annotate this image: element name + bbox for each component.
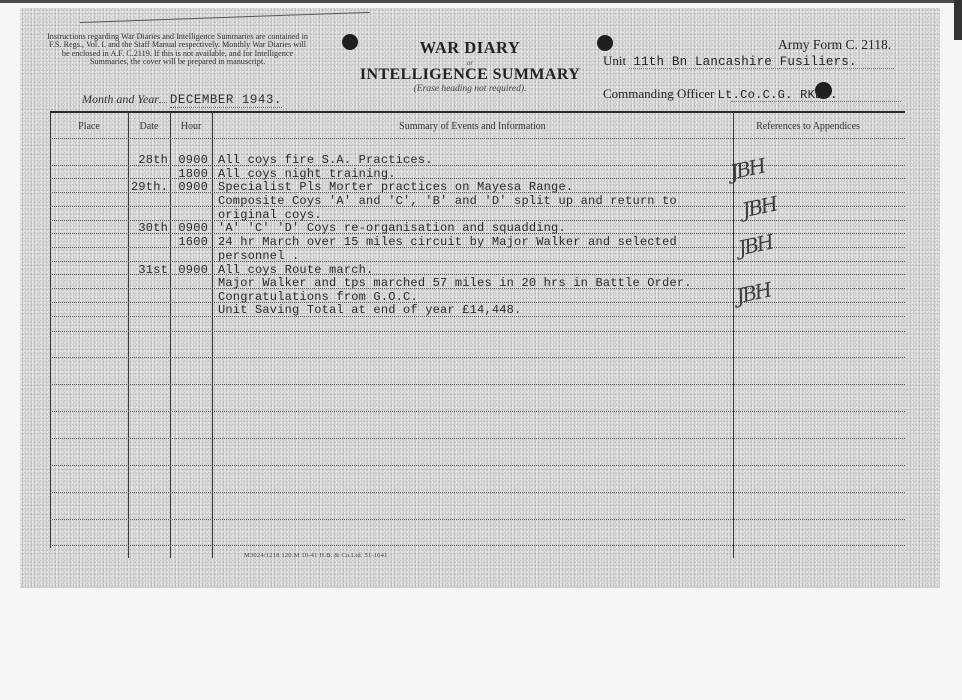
row-line — [50, 545, 905, 546]
signature-initials: JBH — [740, 192, 778, 223]
row-line — [50, 138, 905, 139]
hour-cell: 0900 — [170, 263, 208, 277]
commanding-officer-field: Commanding Officer Lt.Co.C.G. RKES. — [603, 86, 903, 102]
row-line — [50, 384, 905, 385]
column-header-date: Date — [128, 121, 170, 132]
unit-field: Unit 11th Bn Lancashire Fusiliers. — [603, 53, 903, 69]
row-line — [50, 411, 905, 412]
summary-cell: 24 hr March over 15 miles circuit by Maj… — [218, 235, 677, 249]
summary-cell: Major Walker and tps marched 57 miles in… — [218, 276, 692, 290]
date-cell: 31st — [128, 263, 168, 277]
form-number: Army Form C. 2118. — [778, 37, 891, 53]
co-label: Commanding Officer — [603, 86, 714, 101]
month-year-label: Month and Year — [82, 92, 159, 106]
dotted-leader — [629, 68, 894, 69]
hour-cell: 1600 — [170, 235, 208, 249]
scan-edge-right — [954, 0, 962, 40]
row-line — [50, 331, 905, 332]
instructions-text: Instructions regarding War Diaries and I… — [45, 33, 310, 66]
unit-label: Unit — [603, 53, 626, 68]
title-intelligence-summary: INTELLIGENCE SUMMARY — [335, 66, 605, 84]
scan-edge-top — [0, 0, 962, 3]
dotted-leader — [731, 101, 901, 102]
row-line — [50, 465, 905, 466]
date-cell: 30th — [128, 221, 168, 235]
printer-imprint: M3024/1218 120.M 10-41 H.B. & Co.Ltd. 51… — [244, 552, 388, 559]
summary-cell: All coys Route march. — [218, 263, 373, 277]
hour-cell: 0900 — [170, 221, 208, 235]
co-value: Lt.Co.C.G. RKES. — [718, 88, 838, 102]
diary-table: Place Date Hour Summary of Events and In… — [50, 113, 905, 558]
unit-value: 11th Bn Lancashire Fusiliers. — [633, 55, 856, 69]
month-year-field: Month and Year DECEMBER 1943. — [82, 92, 282, 107]
row-line — [50, 519, 905, 520]
column-header-summary: Summary of Events and Information — [212, 121, 733, 132]
date-cell: 29th. — [128, 180, 168, 194]
summary-cell: All coys fire S.A. Practices. — [218, 153, 433, 167]
summary-cell: personnel . — [218, 249, 299, 263]
title-war-diary: WAR DIARY — [335, 38, 605, 58]
summary-cell: Congratulations from G.O.C. — [218, 290, 418, 304]
summary-cell: original coys. — [218, 208, 322, 222]
row-line — [50, 492, 905, 493]
hour-cell: 0900 — [170, 180, 208, 194]
paper-fold-mark — [80, 12, 370, 23]
signature-initials: JBH — [736, 230, 774, 261]
hour-cell: 0900 — [170, 153, 208, 167]
title-note: (Erase heading not required). — [335, 84, 605, 94]
row-line — [50, 438, 905, 439]
summary-cell: All coys night training. — [218, 167, 396, 181]
column-header-hour: Hour — [170, 121, 212, 132]
summary-cell: Specialist Pls Morter practices on Mayes… — [218, 180, 573, 194]
summary-cell: 'A' 'C' 'D' Coys re-organisation and squ… — [218, 221, 566, 235]
summary-cell: Unit Saving Total at end of year £14,448… — [218, 303, 521, 317]
dotted-leader — [159, 102, 167, 103]
hour-cell: 1800 — [170, 167, 208, 181]
summary-cell: Composite Coys 'A' and 'C', 'B' and 'D' … — [218, 194, 677, 208]
date-cell: 28th — [128, 153, 168, 167]
row-line — [50, 261, 905, 262]
column-header-references: References to Appendices — [733, 121, 883, 132]
row-line — [50, 357, 905, 358]
month-year-value: DECEMBER 1943. — [170, 93, 282, 108]
title-block: WAR DIARY or INTELLIGENCE SUMMARY (Erase… — [335, 38, 605, 94]
column-header-place: Place — [50, 121, 128, 132]
signature-initials: JBH — [734, 278, 772, 309]
